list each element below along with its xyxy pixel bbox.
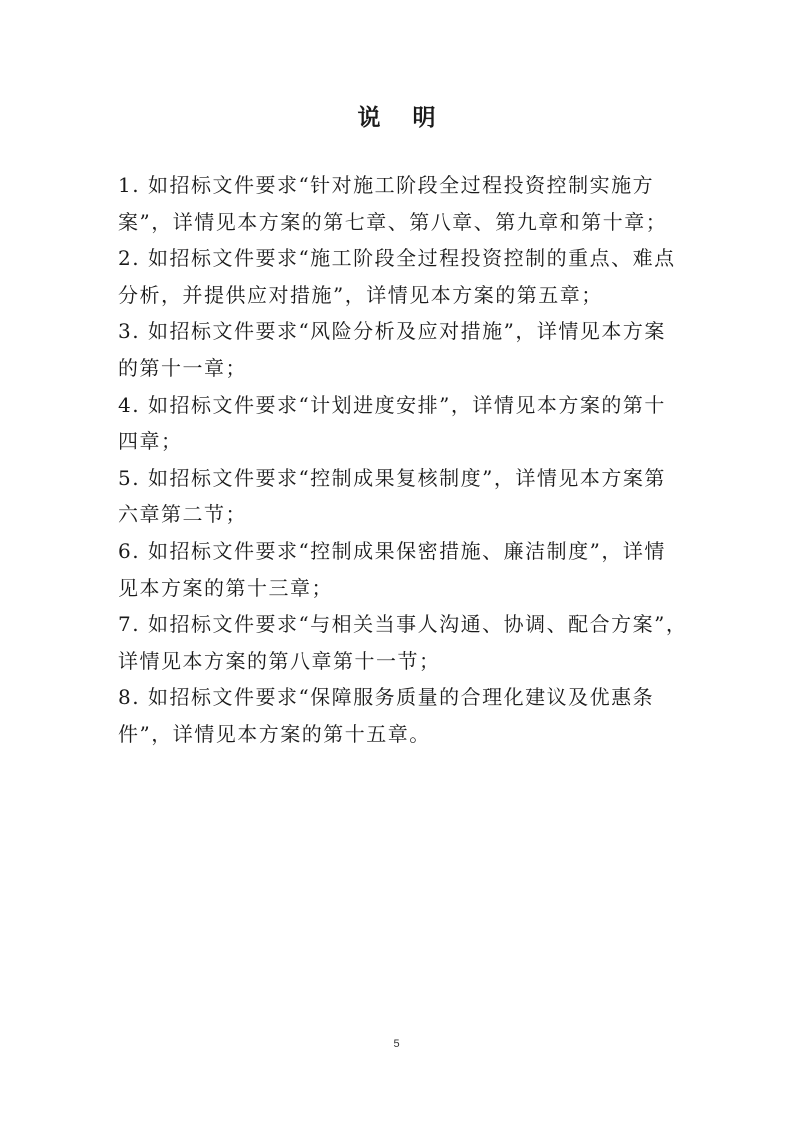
list-item-line: 8. 如招标文件要求“保障服务质量的合理化建议及优惠条 [118,679,678,716]
list-item-line: 6. 如招标文件要求“控制成果保密措施、廉洁制度”，详情 [118,533,678,570]
list-item-line: 详情见本方案的第八章第十一节； [118,643,678,680]
list-item-line: 7. 如招标文件要求“与相关当事人沟通、协调、配合方案”， [118,606,678,643]
list-item-line: 3. 如招标文件要求“风险分析及应对措施”，详情见本方案 [118,313,678,350]
list-item-line: 四章； [118,423,678,460]
list-item-line: 2. 如招标文件要求“施工阶段全过程投资控制的重点、难点 [118,240,678,277]
list-item-line: 4. 如招标文件要求“计划进度安排”，详情见本方案的第十 [118,387,678,424]
list-item-4: 4. 如招标文件要求“计划进度安排”，详情见本方案的第十 四章； [118,387,678,460]
list-item-line: 六章第二节； [118,496,678,533]
list-item-line: 件”，详情见本方案的第十五章。 [118,716,678,753]
list-item-2: 2. 如招标文件要求“施工阶段全过程投资控制的重点、难点 分析，并提供应对措施”… [118,240,678,313]
document-body: 1. 如招标文件要求“针对施工阶段全过程投资控制实施方 案”，详情见本方案的第七… [118,167,678,753]
list-item-3: 3. 如招标文件要求“风险分析及应对措施”，详情见本方案 的第十一章； [118,313,678,386]
list-item-line: 见本方案的第十三章； [118,570,678,607]
list-item-line: 的第十一章； [118,350,678,387]
list-item-6: 6. 如招标文件要求“控制成果保密措施、廉洁制度”，详情 见本方案的第十三章； [118,533,678,606]
page-title: 说 明 [0,101,793,135]
list-item-line: 分析，并提供应对措施”，详情见本方案的第五章； [118,277,678,314]
page-number: 5 [0,1038,793,1050]
list-item-line: 1. 如招标文件要求“针对施工阶段全过程投资控制实施方 [118,167,678,204]
list-item-1: 1. 如招标文件要求“针对施工阶段全过程投资控制实施方 案”，详情见本方案的第七… [118,167,678,240]
list-item-7: 7. 如招标文件要求“与相关当事人沟通、协调、配合方案”， 详情见本方案的第八章… [118,606,678,679]
list-item-line: 案”，详情见本方案的第七章、第八章、第九章和第十章； [118,204,678,241]
list-item-8: 8. 如招标文件要求“保障服务质量的合理化建议及优惠条 件”，详情见本方案的第十… [118,679,678,752]
list-item-5: 5. 如招标文件要求“控制成果复核制度”，详情见本方案第 六章第二节； [118,460,678,533]
list-item-line: 5. 如招标文件要求“控制成果复核制度”，详情见本方案第 [118,460,678,497]
